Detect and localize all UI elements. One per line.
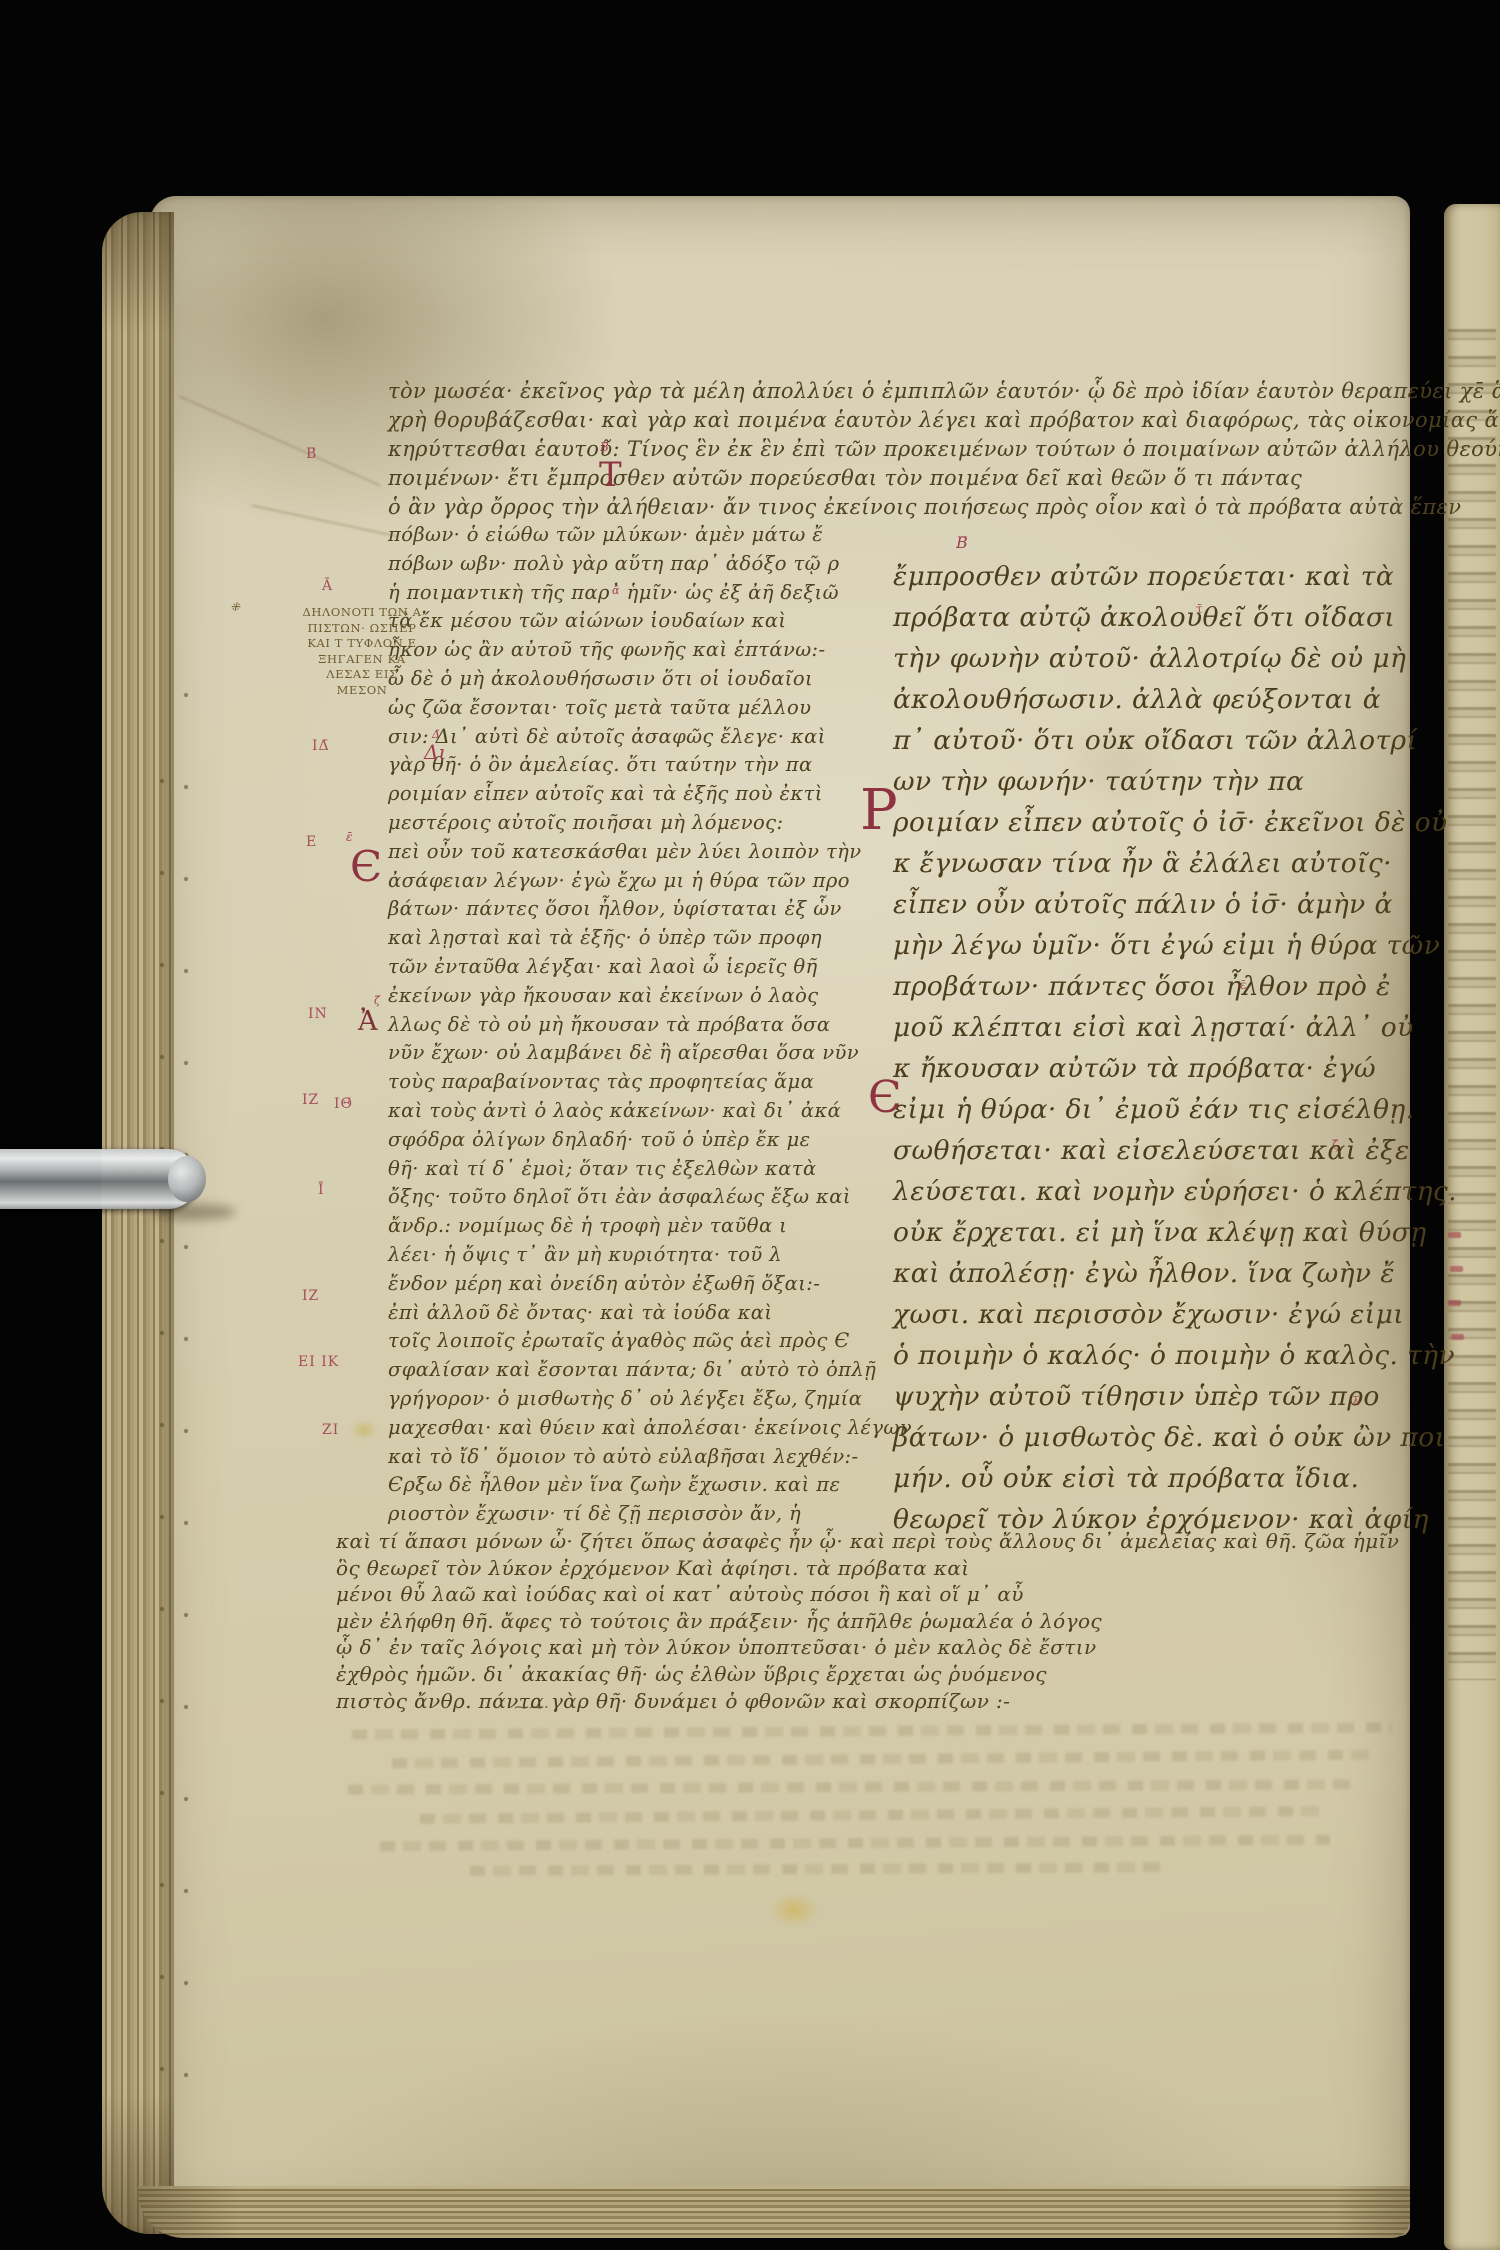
gloss-line: ΠΙΣΤΩΝ· ΩΣΠΕΡ bbox=[250, 621, 474, 637]
commentary-line: ἔνδον μέρη καὶ ὀνείδη αὐτὸν ἐξωθῆ ὄξαι:- bbox=[388, 1270, 840, 1299]
commentary-line: ἄνδρ.: νομίμως δὲ ἡ τροφὴ μὲν ταῦθα ι bbox=[388, 1212, 840, 1241]
marginal-numeral: ΕΙ ΙΚ bbox=[298, 1354, 339, 1370]
gospel-line: βάτων· ὁ μισθωτὸς δὲ. καὶ ὁ οὐκ ὢν ποι bbox=[893, 1417, 1408, 1458]
commentary-line: ἐχθρὸς ἡμῶν. δι᾽ ἀκακίας θῆ· ὡς ἐλθὼν ὕβ… bbox=[336, 1661, 1416, 1688]
gospel-line: ων τὴν φωνήν· ταύτην τὴν πα bbox=[893, 761, 1408, 802]
marginal-numeral: Ᾱ bbox=[322, 578, 333, 594]
rubric-alpha-small: ᾱ bbox=[612, 584, 619, 597]
gospel-line: εἶπεν οὖν αὐτοῖς πάλιν ὁ ἰσ̄· ἀμὴν ἀ bbox=[893, 884, 1408, 925]
marginal-numeral: ΙΝ̄ bbox=[308, 1006, 328, 1022]
gospel-line: ὁ ποιμὴν ὁ καλός· ὁ ποιμὴν ὁ καλὸς. τὴν bbox=[893, 1335, 1408, 1376]
red-superscript: ε̄ bbox=[1240, 978, 1247, 992]
rubric-initial-alpha: Ἀ bbox=[358, 1006, 378, 1037]
commentary-line: τῶν ἐνταῦθα λέγξαι· καὶ λαοὶ ὦ ἱερεῖς θῆ bbox=[388, 953, 840, 982]
gospel-right-column: ἔμπροσθεν αὐτῶν πορεύεται· καὶ τὰπρόβατα… bbox=[893, 556, 1408, 1540]
red-superscript: ζ̄ bbox=[1332, 1138, 1340, 1152]
gospel-line: λεύσεται. καὶ νομὴν εὑρήσει· ὁ κλέπτης. bbox=[893, 1171, 1408, 1212]
commentary-line: θῆ· καὶ τί δ᾽ ἐμοὶ; ὅταν τις ἐξελθὼν κατ… bbox=[388, 1155, 840, 1184]
commentary-line: χρὴ θορυβάζεσθαι· καὶ γὰρ καὶ ποιμένα ἑα… bbox=[388, 406, 1418, 435]
gospel-line: π᾽ αὐτοῦ· ὅτι οὐκ οἴδασι τῶν ἀλλοτρί bbox=[893, 720, 1408, 761]
commentary-line: ἐπὶ ἀλλοῦ δὲ ὄντας· καὶ τὰ ἰούδα καὶ bbox=[388, 1299, 840, 1328]
commentary-line: ποιμένων· ἔτι ἔμπροσθεν αὐτῶν πορεύεσθαι… bbox=[388, 464, 1418, 493]
gospel-line: κ ἔγνωσαν τίνα ἦν ἃ ἐλάλει αὐτοῖς· bbox=[893, 843, 1408, 884]
commentary-line: ὄξης· τοῦτο δηλοῖ ὅτι ἐὰν ἀσφαλέως ἔξω κ… bbox=[388, 1183, 840, 1212]
commentary-line: καὶ τοὺς ἀντὶ ὁ λαὸς κἀκείνων· καὶ δι᾽ ἀ… bbox=[388, 1097, 840, 1126]
marginal-gloss: ΔΗΛΟΝΟΤΙ ΤΩΝ ΑΠΙΣΤΩΝ· ΩΣΠΕΡΚΑΙ Τ ΤΥΦΛΟΝ … bbox=[250, 605, 474, 698]
commentary-line: τὸν μωσέα· ἐκεῖνος γὰρ τὰ μέλη ἀπολλύει … bbox=[388, 377, 1418, 406]
gospel-line: οὐκ ἔρχεται. εἰ μὴ ἵνα κλέψῃ καὶ θύσῃ bbox=[893, 1212, 1408, 1253]
commentary-line: μένοι θὗ λαῶ καὶ ἰούδας καὶ οἱ κατ᾽ αὐτο… bbox=[336, 1581, 1416, 1608]
gloss-line: ΞΗΓΑΓΕΝ ΚΑ bbox=[250, 652, 474, 668]
rubric-column-section-mark: Β̄ bbox=[956, 533, 968, 552]
commentary-line: τοὺς παραβαίνοντας τὰς προφητείας ἅμα bbox=[388, 1068, 840, 1097]
commentary-line: ὡς ζῶα ἔσονται· τοῖς μετὰ ταῦτα μέλλου bbox=[388, 694, 840, 723]
gospel-line: μὴν λέγω ὑμῖν· ὅτι ἐγώ εἰμι ἡ θύρα τῶν bbox=[893, 925, 1408, 966]
marginal-numeral: Β̄ bbox=[306, 446, 317, 462]
commentary-line: μὲν ἐλήφθη θῆ. ἄφες τὸ τούτοις ἂν πράξει… bbox=[336, 1608, 1416, 1635]
gospel-line: χωσι. καὶ περισσὸν ἔχωσιν· ἐγώ εἰμι bbox=[893, 1294, 1408, 1335]
commentary-line: καὶ τί ἅπασι μόνων ὦ· ζήτει ὅπως ἀσαφὲς … bbox=[336, 1528, 1416, 1555]
gospel-line: ψυχὴν αὐτοῦ τίθησιν ὑπὲρ τῶν προ bbox=[893, 1376, 1408, 1417]
commentary-line: ριοστὸν ἔχωσιν· τί δὲ ζῇ περισσὸν ἄν, ἡ bbox=[388, 1500, 840, 1529]
gloss-line: ΛΕΣΑΣ ΕΙΣ bbox=[250, 667, 474, 683]
commentary-line: σφόδρα ὀλίγων δηλαδή· τοῦ ὁ ὑπὲρ ἔκ με bbox=[388, 1126, 840, 1155]
commentary-line: σφαλίσαν καὶ ἔσονται πάντα; δι᾽ αὐτὸ τὸ … bbox=[388, 1356, 840, 1385]
marginal-numeral: ΙΖ̄ bbox=[302, 1092, 319, 1108]
gloss-reference-mark: ⁜ bbox=[230, 600, 240, 614]
gospel-line: εἰμι ἡ θύρα· δι᾽ ἐμοῦ ἐάν τις εἰσέλθῃ. bbox=[893, 1089, 1408, 1130]
commentary-line: Єρξω δὲ ἦλθον μὲν ἵνα ζωὴν ἔχωσιν. καὶ π… bbox=[388, 1471, 840, 1500]
page-holder-rod-tip bbox=[168, 1156, 206, 1202]
gospel-line: ροιμίαν εἶπεν αὐτοῖς ὁ ἰσ̄· ἐκεῖνοι δὲ ο… bbox=[893, 802, 1408, 843]
commentary-line: κηρύττεσθαι ἑαυτοῦ: Τίνος ἓν ἐκ ἓν ἐπὶ τ… bbox=[388, 435, 1418, 464]
commentary-line: πιστὸς ἄνθρ. πάντα γὰρ θῆ· δυνάμει ὁ φθο… bbox=[336, 1688, 1416, 1715]
commentary-line: μαχεσθαι· καὶ θύειν καὶ ἀπολέσαι· ἐκείνο… bbox=[388, 1414, 840, 1443]
marginal-numeral: ΙΘ̄ bbox=[334, 1096, 353, 1112]
commentary-top-block: τὸν μωσέα· ἐκεῖνος γὰρ τὰ μέλη ἀπολλύει … bbox=[388, 377, 1418, 522]
manuscript-photo: { "colors": { "background": "#040404", "… bbox=[0, 0, 1500, 2250]
rubric-delta-inline: Δι bbox=[424, 740, 446, 764]
yellow-stain bbox=[770, 1893, 818, 1927]
foredge-red-mark bbox=[1450, 1266, 1463, 1272]
gospel-line: πρόβατα αὐτῷ ἀκολουθεῖ ὅτι οἴδασι bbox=[893, 597, 1408, 638]
rubric-initial-epsilon-right: Є bbox=[868, 1072, 902, 1123]
commentary-line: βάτων· πάντες ὅσοι ἦλθον, ὑφίσταται ἐξ ὧ… bbox=[388, 895, 840, 924]
marginal-numeral: Ζ̄Ι bbox=[322, 1422, 339, 1438]
foredge-red-mark bbox=[1448, 1300, 1461, 1306]
rubric-initial-epsilon-left: Є bbox=[350, 842, 382, 891]
bottom-page-edge-stack bbox=[138, 2186, 1410, 2238]
commentary-line: ἐκείνων γὰρ ἤκουσαν καὶ ἐκείνων ὁ λαὸς bbox=[388, 982, 840, 1011]
commentary-line: ὃς θεωρεῖ τὸν λύκον ἐρχόμενον Καὶ ἀφίησι… bbox=[336, 1555, 1416, 1582]
commentary-line: λέει· ἡ ὄψις τ᾽ ἂν μὴ κυριότητα· τοῦ λ bbox=[388, 1241, 840, 1270]
gospel-line: ἀκολουθήσωσιν. ἀλλὰ φεύξονται ἀ bbox=[893, 679, 1408, 720]
commentary-line: σιν: Δι᾽ αὐτὶ δὲ αὐτοῖς ἀσαφῶς ἔλεγε· κα… bbox=[388, 723, 840, 752]
gospel-line: κ ἤκουσαν αὐτῶν τὰ πρόβατα· ἐγώ bbox=[893, 1048, 1408, 1089]
gloss-line: ΔΗΛΟΝΟΤΙ ΤΩΝ Α bbox=[250, 605, 474, 621]
rubric-section-superscript: Β̄ bbox=[600, 440, 609, 454]
commentary-line: ὁ ἂν γὰρ ὄρρος τὴν ἀλήθειαν· ἄν τινος ἐκ… bbox=[388, 493, 1418, 522]
commentary-line: μεστέροις αὐτοῖς ποιῆσαι μὴ λόμενος: bbox=[388, 809, 840, 838]
rubric-initial-rho: Ρ bbox=[860, 778, 898, 843]
commentary-line: ροιμίαν εἶπεν αὐτοῖς καὶ τὰ ἑξῆς ποὺ ἐκτ… bbox=[388, 780, 840, 809]
marginal-numeral: ΙΖ̄ bbox=[302, 1288, 319, 1304]
section-tail-mark: ⁓⁓· bbox=[514, 1698, 549, 1716]
marginal-numeral: ΙΔ̄ bbox=[312, 738, 330, 754]
commentary-line: πεὶ οὖν τοῦ κατεσκάσθαι μὲν λύει λοιπὸν … bbox=[388, 838, 840, 867]
commentary-line: ἀσάφειαν λέγων· ἐγὼ ἔχω μι ἡ θύρα τῶν πρ… bbox=[388, 867, 840, 896]
gospel-line: ἔμπροσθεν αὐτῶν πορεύεται· καὶ τὰ bbox=[893, 556, 1408, 597]
commentary-line: ᾧ δ᾽ ἐν ταῖς λόγοις καὶ μὴ τὸν λύκον ὑπο… bbox=[336, 1634, 1416, 1661]
commentary-line: πόβων ωβν· πολὺ γὰρ αὕτη παρ᾽ ἀδόξο τῷ ρ bbox=[388, 550, 840, 579]
pricking-marks-column bbox=[158, 730, 166, 2110]
commentary-line: καὶ λῃσταὶ καὶ τὰ ἑξῆς· ὁ ὑπὲρ τῶν προφη bbox=[388, 924, 840, 953]
foredge-text-lines bbox=[1448, 320, 1496, 1680]
yellow-stain bbox=[350, 1420, 378, 1440]
gospel-line: τὴν φωνὴν αὐτοῦ· ἀλλοτρίῳ δὲ οὐ μὴ bbox=[893, 638, 1408, 679]
commentary-line: καὶ τὸ ἴδ᾽ ὅμοιον τὸ αὐτὸ εὐλαβῆσαι λεχθ… bbox=[388, 1443, 840, 1472]
commentary-line: γὰρ θῆ· ὁ ὂν ἀμελείας. ὅτι ταύτην τὴν πα bbox=[388, 751, 840, 780]
gospel-line: καὶ ἀπολέσῃ· ἐγὼ ἦλθον. ἵνα ζωὴν ἔ bbox=[893, 1253, 1408, 1294]
rubric-initial-tau: Τ bbox=[599, 455, 622, 495]
gospel-line: προβάτων· πάντες ὅσοι ἦλθον πρὸ ἐ bbox=[893, 966, 1408, 1007]
gloss-line: ΜΕΣΟΝ bbox=[250, 683, 474, 699]
foredge-red-mark bbox=[1448, 1232, 1461, 1238]
gospel-line: μήν. οὗ οὐκ εἰσὶ τὰ πρόβατα ἴδια. bbox=[893, 1458, 1408, 1499]
pricking-marks-column bbox=[182, 690, 190, 2140]
gospel-line: μοῦ κλέπται εἰσὶ καὶ λῃσταί· ἀλλ᾽ οὐ bbox=[893, 1007, 1408, 1048]
commentary-line: τοῖς λοιποῖς ἐρωταῖς ἀγαθὸς πῶς ἀεὶ πρὸς… bbox=[388, 1327, 840, 1356]
commentary-line: πόβων· ὁ εἰώθω τῶν μλύκων· ἀμὲν μάτω ἔ bbox=[388, 521, 840, 550]
red-superscript: λ̄ bbox=[1352, 1394, 1361, 1408]
commentary-line: γρήγορον· ὁ μισθωτὴς δ᾽ οὐ λέγξει ἔξω, ζ… bbox=[388, 1385, 840, 1414]
commentary-bottom-block: καὶ τί ἅπασι μόνων ὦ· ζήτει ὅπως ἀσαφὲς … bbox=[336, 1528, 1416, 1714]
marginal-numeral: Ε̄ bbox=[306, 834, 317, 850]
gloss-line: ΚΑΙ Τ ΤΥΦΛΟΝ Ε bbox=[250, 636, 474, 652]
commentary-line: λλως δὲ τὸ οὐ μὴ ἤκουσαν τὰ πρόβατα ὅσα bbox=[388, 1011, 840, 1040]
red-superscript: τ̄ bbox=[1196, 602, 1204, 616]
commentary-line: νῦν ἔχων· οὐ λαμβάνει δὲ ἢ αἴρεσθαι ὅσα … bbox=[388, 1039, 840, 1068]
gospel-line: σωθήσεται· καὶ εἰσελεύσεται καὶ ἐξε bbox=[893, 1130, 1408, 1171]
marginal-numeral: Ῑ bbox=[318, 1182, 325, 1198]
